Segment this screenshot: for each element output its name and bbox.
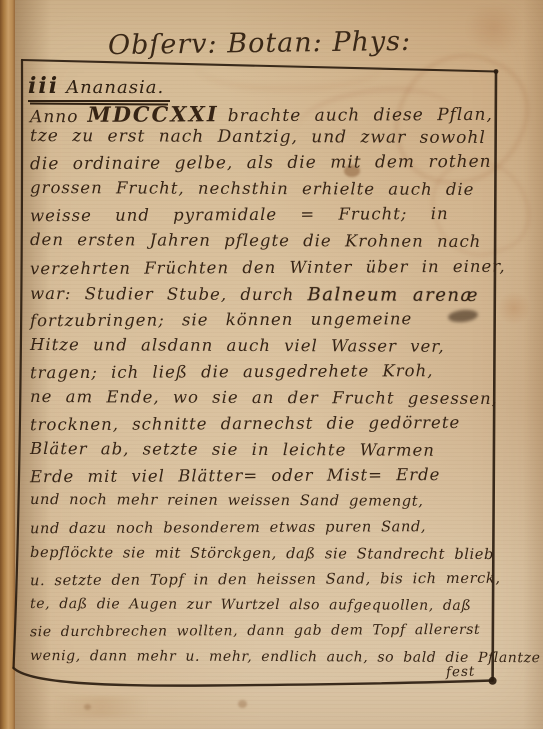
- latin-phrase: Balneum arenæ: [307, 284, 478, 306]
- text-line: AnnoMDCCXXIbrachte auch diese Pflan,: [30, 100, 492, 129]
- page-header-title: Obſerv: Botan: Phys:: [108, 26, 408, 61]
- text-line: wenig, dann mehr u. mehr, endlich auch, …: [30, 648, 492, 676]
- text-line: und noch mehr reinen weissen Sand gemeng…: [30, 491, 492, 519]
- text-line: Bläter ab, setzte sie in leichte Warmen: [30, 439, 492, 467]
- text-line: te, daß die Augen zur Wurtzel also aufge…: [30, 596, 492, 624]
- section-heading: iiiAnanasia.: [28, 73, 170, 102]
- text-line: bepflöckte sie mit Störckgen, daß sie St…: [30, 544, 492, 572]
- section-number: iii: [28, 73, 59, 99]
- catchword: fest: [446, 663, 476, 680]
- line-text: war: Studier Stube, durch: [30, 284, 294, 304]
- text-line: verzehrten Früchten den Winter über in e…: [30, 256, 492, 285]
- text-line: die ordinaire gelbe, als die mit dem rot…: [30, 152, 492, 181]
- manuscript-text-block: AnnoMDCCXXIbrachte auch diese Pflan, tze…: [30, 101, 492, 675]
- text-line: Hitze und alsdann auch viel Wasser ver,: [30, 335, 492, 363]
- line-text: brachte auch diese Pflan,: [228, 105, 493, 126]
- year-roman-numeral: MDCCXXI: [87, 101, 218, 127]
- text-line: den ersten Jahren pflegte die Krohnen na…: [30, 230, 492, 258]
- text-line: und dazu noch besonderem etwas puren San…: [30, 517, 492, 546]
- section-title: Ananasia.: [66, 77, 164, 98]
- text-line: weisse und pyramidale = Frucht; in: [30, 204, 492, 233]
- text-line: trocknen, schnitte darnechst die gedörre…: [30, 413, 492, 442]
- manuscript-page: Obſerv: Botan: Phys: iiiAnanasia. AnnoMD…: [0, 0, 543, 729]
- text-line: ne am Ende, wo sie an der Frucht gesesse…: [30, 387, 492, 415]
- text-line: war: Studier Stube, durch Balneum arenæ: [30, 283, 492, 311]
- anno-word: Anno: [30, 107, 79, 127]
- text-line: grossen Frucht, nechsthin erhielte auch …: [30, 178, 492, 206]
- text-line: tragen; ich ließ die ausgedrehete Kroh,: [30, 361, 492, 390]
- text-line: sie durchbrechen wollten, dann gab dem T…: [30, 622, 492, 651]
- text-line: tze zu erst nach Dantzig, und zwar sowoh…: [30, 126, 492, 154]
- text-line: Erde mit viel Blätter= oder Mist= Erde: [30, 465, 492, 494]
- text-line: u. setzte den Topf in den heissen Sand, …: [30, 569, 492, 598]
- text-line: fortzubringen; sie können ungemeine: [30, 309, 492, 338]
